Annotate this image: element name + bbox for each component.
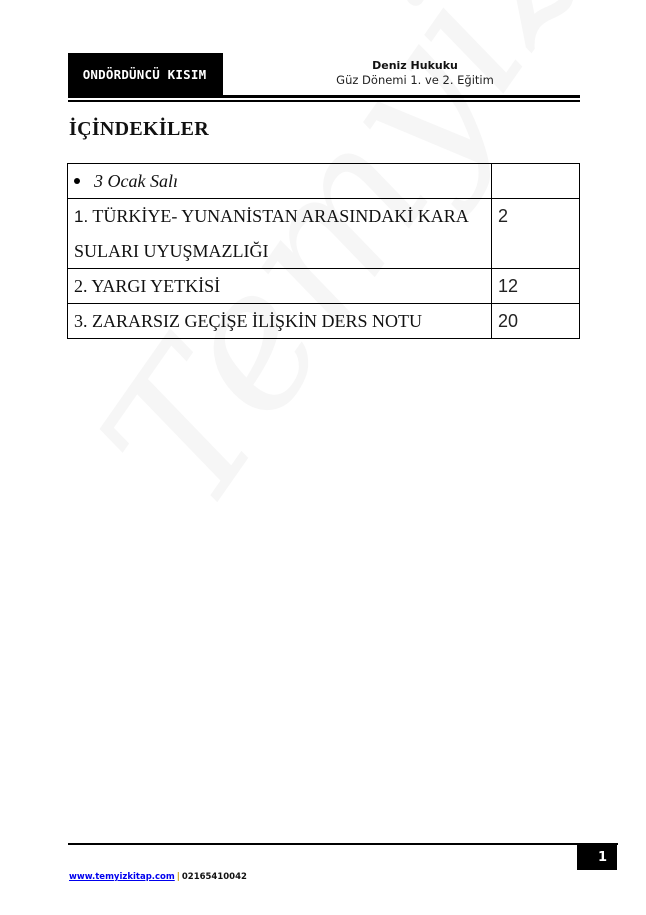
course-header: Deniz Hukuku Güz Dönemi 1. ve 2. Eğitim — [250, 59, 580, 88]
header-rule-thin — [68, 100, 580, 102]
toc-entry[interactable]: 3. ZARARSIZ GEÇİŞE İLİŞKİN DERS NOTU 20 — [68, 304, 580, 339]
footer-contact: www.temyizkitap.com|02165410042 — [69, 872, 247, 882]
toc-entry[interactable]: 2. YARGI YETKİSİ 12 — [68, 269, 580, 304]
toc-entry-title[interactable]: 3. ZARARSIZ GEÇİŞE İLİŞKİN DERS NOTU — [68, 304, 492, 339]
website-link[interactable]: www.temyizkitap.com — [69, 872, 175, 882]
toc-title: İÇİNDEKİLER — [69, 118, 209, 141]
part-label: ONDÖRDÜNCÜ KISIM — [68, 53, 221, 95]
toc-entry-text: ZARARSIZ GEÇİŞE İLİŞKİN DERS NOTU — [92, 311, 422, 331]
footer-separator: | — [177, 872, 180, 882]
course-subtitle: Güz Dönemi 1. ve 2. Eğitim — [250, 73, 580, 88]
toc-entry-number: 1. — [74, 207, 88, 226]
toc-entry-page[interactable]: 2 — [492, 199, 580, 269]
toc-entry[interactable]: 1. TÜRKİYE- YUNANİSTAN ARASINDAKİ KARA S… — [68, 199, 580, 269]
toc-entry-page[interactable]: 12 — [492, 269, 580, 304]
header-rule-thick — [68, 95, 580, 98]
toc-section-heading: 3 Ocak Salı — [68, 164, 492, 199]
toc-section-page — [492, 164, 580, 199]
toc-entry-number: 2. — [74, 276, 88, 296]
course-title: Deniz Hukuku — [250, 59, 580, 73]
phone-number: 02165410042 — [182, 872, 247, 882]
toc-entry-title[interactable]: 1. TÜRKİYE- YUNANİSTAN ARASINDAKİ KARA S… — [68, 199, 492, 269]
toc-entry-title[interactable]: 2. YARGI YETKİSİ — [68, 269, 492, 304]
toc-entry-text: TÜRKİYE- YUNANİSTAN ARASINDAKİ KARA SULA… — [74, 206, 468, 261]
bullet-icon — [74, 178, 80, 184]
toc-table: 3 Ocak Salı 1. TÜRKİYE- YUNANİSTAN ARASI… — [67, 163, 580, 339]
toc-section-row: 3 Ocak Salı — [68, 164, 580, 199]
page-number: 1 — [577, 844, 617, 870]
section-heading-text: 3 Ocak Salı — [94, 171, 178, 191]
footer-rule — [68, 843, 618, 845]
toc-entry-text: YARGI YETKİSİ — [91, 276, 220, 296]
toc-entry-page[interactable]: 20 — [492, 304, 580, 339]
toc-entry-number: 3. — [74, 311, 88, 331]
header-edge-divider — [221, 53, 223, 95]
